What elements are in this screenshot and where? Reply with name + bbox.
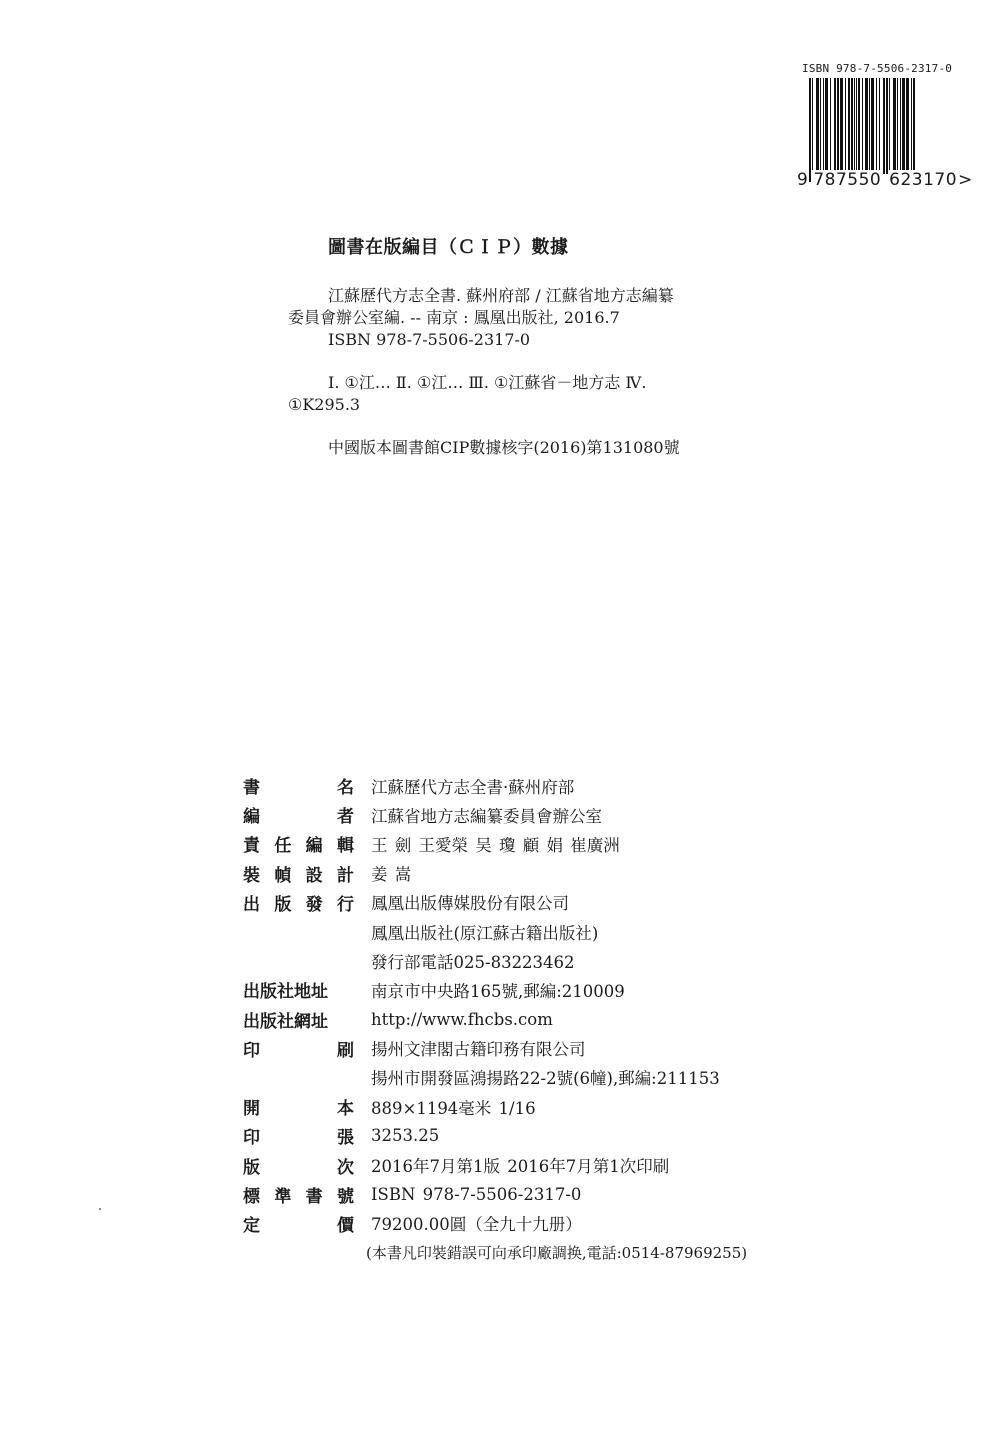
colophon-label-char: 發 <box>306 890 323 915</box>
colophon-label-char: 行 <box>337 890 354 915</box>
colophon-row: 責任編輯王 劍 王愛榮 吴 瓊 顧 娟 崔廣洲 <box>243 829 843 858</box>
barcode-suffix: > <box>958 170 973 190</box>
colophon-row: 出版社網址http://www.fhcbs.com <box>243 1005 843 1034</box>
colophon-label-char: 名 <box>337 773 354 798</box>
colophon-label-char: 裝 <box>243 861 260 886</box>
colophon-label-char: 印 <box>243 1123 260 1148</box>
cip-entry-line1: 江蘇歷代方志全書. 蘇州府部 / 江蘇省地方志編纂 <box>288 285 788 307</box>
colophon-label-char: 書 <box>306 1182 323 1207</box>
colophon-label-char: 次 <box>337 1153 354 1178</box>
colophon-value: 鳳凰出版社(原江蘇古籍出版社) <box>371 920 598 944</box>
colophon-label-char: 張 <box>337 1123 354 1148</box>
colophon-row: 標準書號ISBN 978-7-5506-2317-0 <box>243 1180 843 1209</box>
colophon-row: 定價79200.00圓（全九十九册） <box>243 1209 843 1238</box>
colophon-label-char: 計 <box>337 861 354 886</box>
barcode-digit-first: 9 <box>797 170 808 190</box>
colophon-label: 責任編輯 <box>243 831 354 856</box>
colophon-value: 揚州市開發區鴻揚路22-2號(6幢),郵編:211153 <box>371 1065 720 1089</box>
barcode-bars <box>809 78 949 180</box>
colophon-row: 發行部電話025-83223462 <box>243 946 843 975</box>
colophon-value: (本書凡印裝錯誤可向承印廠調换,電話:0514-87969255) <box>366 1242 747 1263</box>
colophon-label-char: 本 <box>337 1094 354 1119</box>
colophon-value: 889×1194毫米 1/16 <box>371 1095 536 1119</box>
colophon-value: 南京市中央路165號,郵編:210009 <box>371 978 625 1002</box>
colophon-label-char: 開 <box>243 1094 260 1119</box>
colophon-value: http://www.fhcbs.com <box>371 1010 553 1029</box>
colophon-table: 書名江蘇歷代方志全書·蘇州府部編者江蘇省地方志編纂委員會辦公室責任編輯王 劍 王… <box>243 771 843 1267</box>
colophon-label-char: 設 <box>306 861 323 886</box>
cip-entry-line2: 委員會辦公室編. -- 南京 : 鳳凰出版社, 2016.7 <box>288 307 788 329</box>
colophon-row: 書名江蘇歷代方志全書·蘇州府部 <box>243 771 843 800</box>
colophon-value: 江蘇歷代方志全書·蘇州府部 <box>371 774 574 798</box>
cip-isbn-line: ISBN 978-7-5506-2317-0 <box>288 329 788 351</box>
barcode-isbn-label: ISBN 978-7-5506-2317-0 <box>802 62 952 75</box>
colophon-row: 出版社地址南京市中央路165號,郵編:210009 <box>243 975 843 1004</box>
colophon-value: 姜 嵩 <box>371 861 411 885</box>
colophon-row: 開本889×1194毫米 1/16 <box>243 1092 843 1121</box>
colophon-label-char: 者 <box>337 802 354 827</box>
colophon-label: 出版社地址 <box>243 977 354 1002</box>
colophon-label: 定價 <box>243 1211 354 1236</box>
colophon-row: 裝幀設計姜 嵩 <box>243 859 843 888</box>
colophon-label-char: 號 <box>337 1182 354 1207</box>
colophon-label-char: 刷 <box>337 1036 354 1061</box>
colophon-value: 79200.00圓（全九十九册） <box>371 1211 582 1235</box>
colophon-label-char: 定 <box>243 1211 260 1236</box>
barcode-digits: 9787550 623170> <box>797 170 973 190</box>
colophon-value: 揚州文津閣古籍印務有限公司 <box>371 1036 586 1060</box>
colophon-label-char: 出 <box>243 890 260 915</box>
colophon-label-char: 編 <box>306 831 323 856</box>
colophon-label: 開本 <box>243 1094 354 1119</box>
colophon-value: 發行部電話025-83223462 <box>371 949 575 973</box>
colophon-value: 2016年7月第1版 2016年7月第1次印刷 <box>371 1153 669 1177</box>
colophon-label-char: 版 <box>274 890 291 915</box>
colophon-label: 出版發行 <box>243 890 354 915</box>
colophon-label-char: 責 <box>243 831 260 856</box>
cip-subject-line1: Ⅰ. ①江… Ⅱ. ①江… Ⅲ. ①江蘇省－地方志 Ⅳ. <box>288 372 788 394</box>
cip-title: 圖書在版編目（ＣＩＰ）數據 <box>328 233 569 259</box>
colophon-label: 標準書號 <box>243 1182 354 1207</box>
colophon-value: 鳳凰出版傳媒股份有限公司 <box>371 890 569 914</box>
colophon-row: (本書凡印裝錯誤可向承印廠調换,電話:0514-87969255) <box>243 1238 843 1267</box>
colophon-row: 編者江蘇省地方志編纂委員會辦公室 <box>243 800 843 829</box>
colophon-label: 印張 <box>243 1123 354 1148</box>
colophon-label: 出版社網址 <box>243 1007 354 1032</box>
cip-record: 江蘇歷代方志全書. 蘇州府部 / 江蘇省地方志編纂 委員會辦公室編. -- 南京… <box>288 285 788 459</box>
colophon-label-char: 準 <box>274 1182 291 1207</box>
colophon-label: 裝幀設計 <box>243 861 354 886</box>
colophon-label-char: 出版社地址 <box>243 977 328 1002</box>
cip-approval-line: 中國版本圖書館CIP數據核字(2016)第131080號 <box>288 437 788 459</box>
colophon-label-char: 輯 <box>337 831 354 856</box>
colophon-label-char: 價 <box>337 1211 354 1236</box>
colophon-label: 書名 <box>243 773 354 798</box>
colophon-label-char: 編 <box>243 802 260 827</box>
colophon-row: 出版發行鳳凰出版傳媒股份有限公司 <box>243 888 843 917</box>
stray-mark <box>99 1208 101 1210</box>
colophon-row: 鳳凰出版社(原江蘇古籍出版社) <box>243 917 843 946</box>
barcode-digit-group2: 623170 <box>888 170 958 190</box>
cip-subject-line2: ①K295.3 <box>288 394 788 416</box>
colophon-label: 編者 <box>243 802 354 827</box>
colophon-label-char: 印 <box>243 1036 260 1061</box>
colophon-label-char: 書 <box>243 773 260 798</box>
colophon-row: 印刷揚州文津閣古籍印務有限公司 <box>243 1034 843 1063</box>
colophon-label-char: 版 <box>243 1153 260 1178</box>
colophon-value: 3253.25 <box>371 1126 439 1145</box>
colophon-label: 印刷 <box>243 1036 354 1061</box>
colophon-label-char: 標 <box>243 1182 260 1207</box>
colophon-label-char: 幀 <box>274 861 291 886</box>
colophon-value: 王 劍 王愛榮 吴 瓊 顧 娟 崔廣洲 <box>371 832 620 856</box>
colophon-label: 版次 <box>243 1153 354 1178</box>
colophon-row: 印張3253.25 <box>243 1121 843 1150</box>
colophon-label-char: 任 <box>274 831 291 856</box>
colophon-row: 版次2016年7月第1版 2016年7月第1次印刷 <box>243 1150 843 1179</box>
barcode-digit-group1: 787550 <box>812 170 882 190</box>
colophon-value: 江蘇省地方志編纂委員會辦公室 <box>371 803 602 827</box>
colophon-row: 揚州市開發區鴻揚路22-2號(6幢),郵編:211153 <box>243 1063 843 1092</box>
colophon-value: ISBN 978-7-5506-2317-0 <box>371 1185 581 1204</box>
colophon-label-char: 出版社網址 <box>243 1007 328 1032</box>
